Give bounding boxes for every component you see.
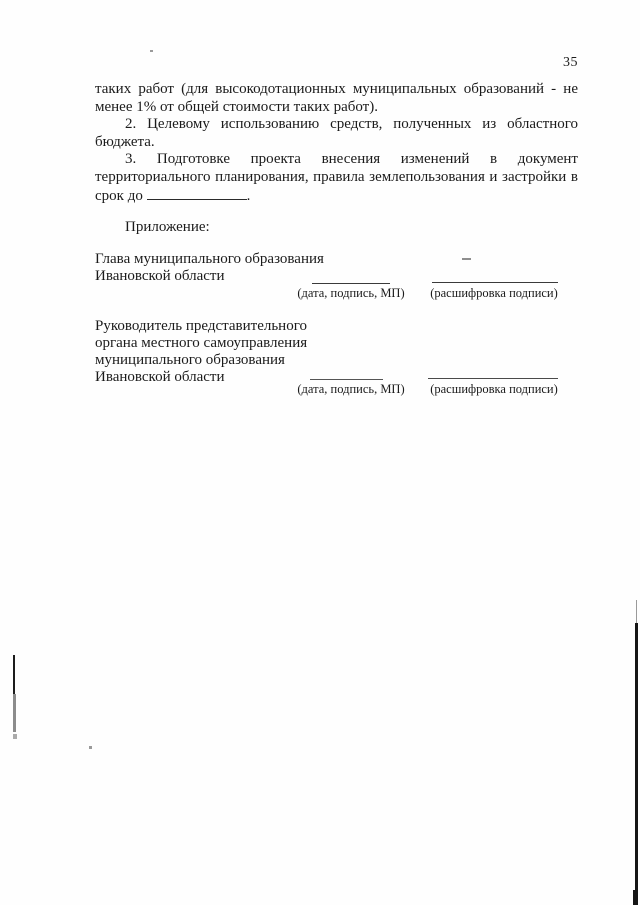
deadline-text: срок до	[95, 188, 143, 204]
signature-2-caption-left: (дата, подпись, МП)	[293, 382, 409, 397]
page-number: 35	[563, 55, 581, 71]
signature-2-name-underline	[428, 378, 558, 379]
signature-1-title-line: Ивановской области	[95, 268, 324, 285]
scan-right-line-dark	[635, 623, 638, 893]
scan-speck-top	[150, 50, 153, 52]
signature-2-title: Руководитель представительного органа ме…	[95, 318, 307, 386]
paragraph-3-line-1: 3. Подготовке проекта внесения изменений…	[95, 151, 578, 169]
paragraph-1-line-1: таких работ (для высокодотационных муниц…	[95, 81, 578, 99]
scan-dash-mid	[462, 258, 471, 260]
paragraph-2-line-2: бюджета.	[95, 134, 578, 152]
signature-1-caption-left: (дата, подпись, МП)	[293, 286, 409, 301]
paragraph-1-line-2: менее 1% от общей стоимости таких работ)…	[95, 99, 578, 117]
signature-1-date-underline	[312, 283, 390, 284]
document-page: 35 таких работ (для высокодотационных му…	[0, 0, 640, 905]
deadline-period: .	[247, 188, 251, 204]
paragraph-3-line-3: срок до .	[95, 186, 578, 206]
signature-2-date-underline	[310, 379, 383, 380]
scan-speck-low	[89, 746, 92, 749]
signature-1-title: Глава муниципального образования Ивановс…	[95, 251, 324, 285]
scan-left-line-dark	[13, 655, 15, 695]
paragraph-3-line-2: территориального планирования, правила з…	[95, 169, 578, 187]
signature-2-caption-right: (расшифровка подписи)	[420, 382, 568, 397]
paragraph-2-line-1: 2. Целевому использованию средств, получ…	[95, 116, 578, 134]
scan-left-line-light	[13, 694, 16, 732]
signature-2-title-line: Ивановской области	[95, 369, 307, 386]
signature-1-name-underline	[432, 282, 558, 283]
appendix-label: Приложение:	[125, 219, 210, 236]
signature-2-title-line: Руководитель представительного	[95, 318, 307, 335]
fill-in-blank	[147, 186, 247, 200]
signature-1-title-line: Глава муниципального образования	[95, 251, 324, 268]
signature-2-title-line: муниципального образования	[95, 352, 307, 369]
scan-right-line-light	[636, 600, 637, 624]
signature-2-title-line: органа местного самоуправления	[95, 335, 307, 352]
body-text: таких работ (для высокодотационных муниц…	[95, 81, 578, 206]
signature-1-caption-right: (расшифровка подписи)	[420, 286, 568, 301]
scan-left-tick	[13, 734, 17, 739]
scan-right-blob	[633, 890, 638, 905]
